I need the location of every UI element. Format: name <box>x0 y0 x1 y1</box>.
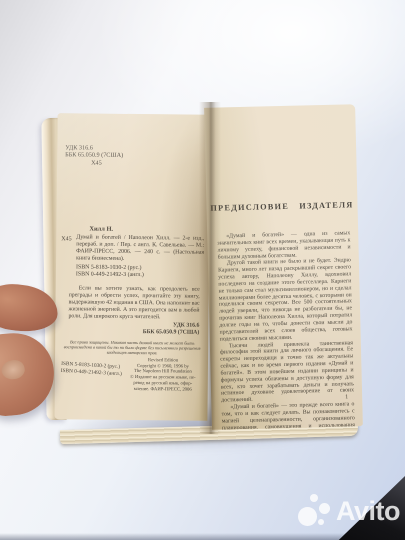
avito-wordmark: Avito <box>336 496 400 527</box>
bbk-bottom-line: ББК 65.050.9 (7США) <box>143 329 200 337</box>
edition-copyright-block: Revised Edition Copyright © 1960, 1996 b… <box>129 358 197 393</box>
annotation-text: Если вы хотите узнать, как преодолеть вс… <box>68 285 199 321</box>
windowsill-background: УДК 316.6 ББК 65.050.9 (7США) Х45 Хилл Н… <box>0 0 405 540</box>
preface-body: «Думай и богатей» — одна из самых значит… <box>217 230 355 429</box>
isbn-eng: ISBN 0-449-21492-3 (англ.) <box>76 271 144 279</box>
page-number: 1 <box>345 394 348 400</box>
left-page-imprint: УДК 316.6 ББК 65.050.9 (7США) Х45 Хилл Н… <box>54 113 210 421</box>
bbk-line: ББК 65.050.9 (7США) <box>65 152 123 160</box>
open-book: УДК 316.6 ББК 65.050.9 (7США) Х45 Хилл Н… <box>44 102 362 438</box>
avito-logo-icon <box>297 493 333 529</box>
preface-paragraph: «Думай и богатей» — одна из самых значит… <box>217 230 351 261</box>
isbn-block: ISBN 5-8183-1030-2 (рус.) ISBN 0-449-214… <box>76 264 144 279</box>
catalog-code: Х45 <box>61 236 71 242</box>
right-page-preface: ПРЕДИСЛОВИЕ ИЗДАТЕЛЯ «Думай и богатей» —… <box>204 104 363 430</box>
edition-line: мление. ФАИР-ПРЕСС, 2006 <box>129 386 197 392</box>
isbn-block-repeat: ISBN 5-8183-1030-2 (рус.) ISBN 0-449-214… <box>61 361 123 377</box>
preface-paragraph: Тысячи людей привлекла таинственная фило… <box>220 340 354 405</box>
avito-watermark: Avito <box>297 493 400 529</box>
thumb-nail <box>0 358 26 382</box>
udk-bbk-bottom-block: УДК 316.6 ББК 65.050.9 (7США) <box>143 322 200 337</box>
sill-front-edge <box>0 533 355 540</box>
udk-bbk-block: УДК 316.6 ББК 65.050.9 (7США) Х45 <box>65 144 123 167</box>
preface-paragraph: «Думай и богатей» — это прежде всего кни… <box>221 401 355 429</box>
code-line: Х45 <box>65 159 123 167</box>
preface-heading: ПРЕДИСЛОВИЕ ИЗДАТЕЛЯ <box>206 200 357 213</box>
rights-notice: Все права защищены. Никакая часть данной… <box>61 339 203 356</box>
bibliographic-description: Думай и богатей / Наполеон Хилл. — 2-е и… <box>76 234 204 263</box>
author-name: Хилл Н. <box>89 226 113 233</box>
preface-paragraph: Другой такой книги не было и не будет. Э… <box>218 258 353 343</box>
